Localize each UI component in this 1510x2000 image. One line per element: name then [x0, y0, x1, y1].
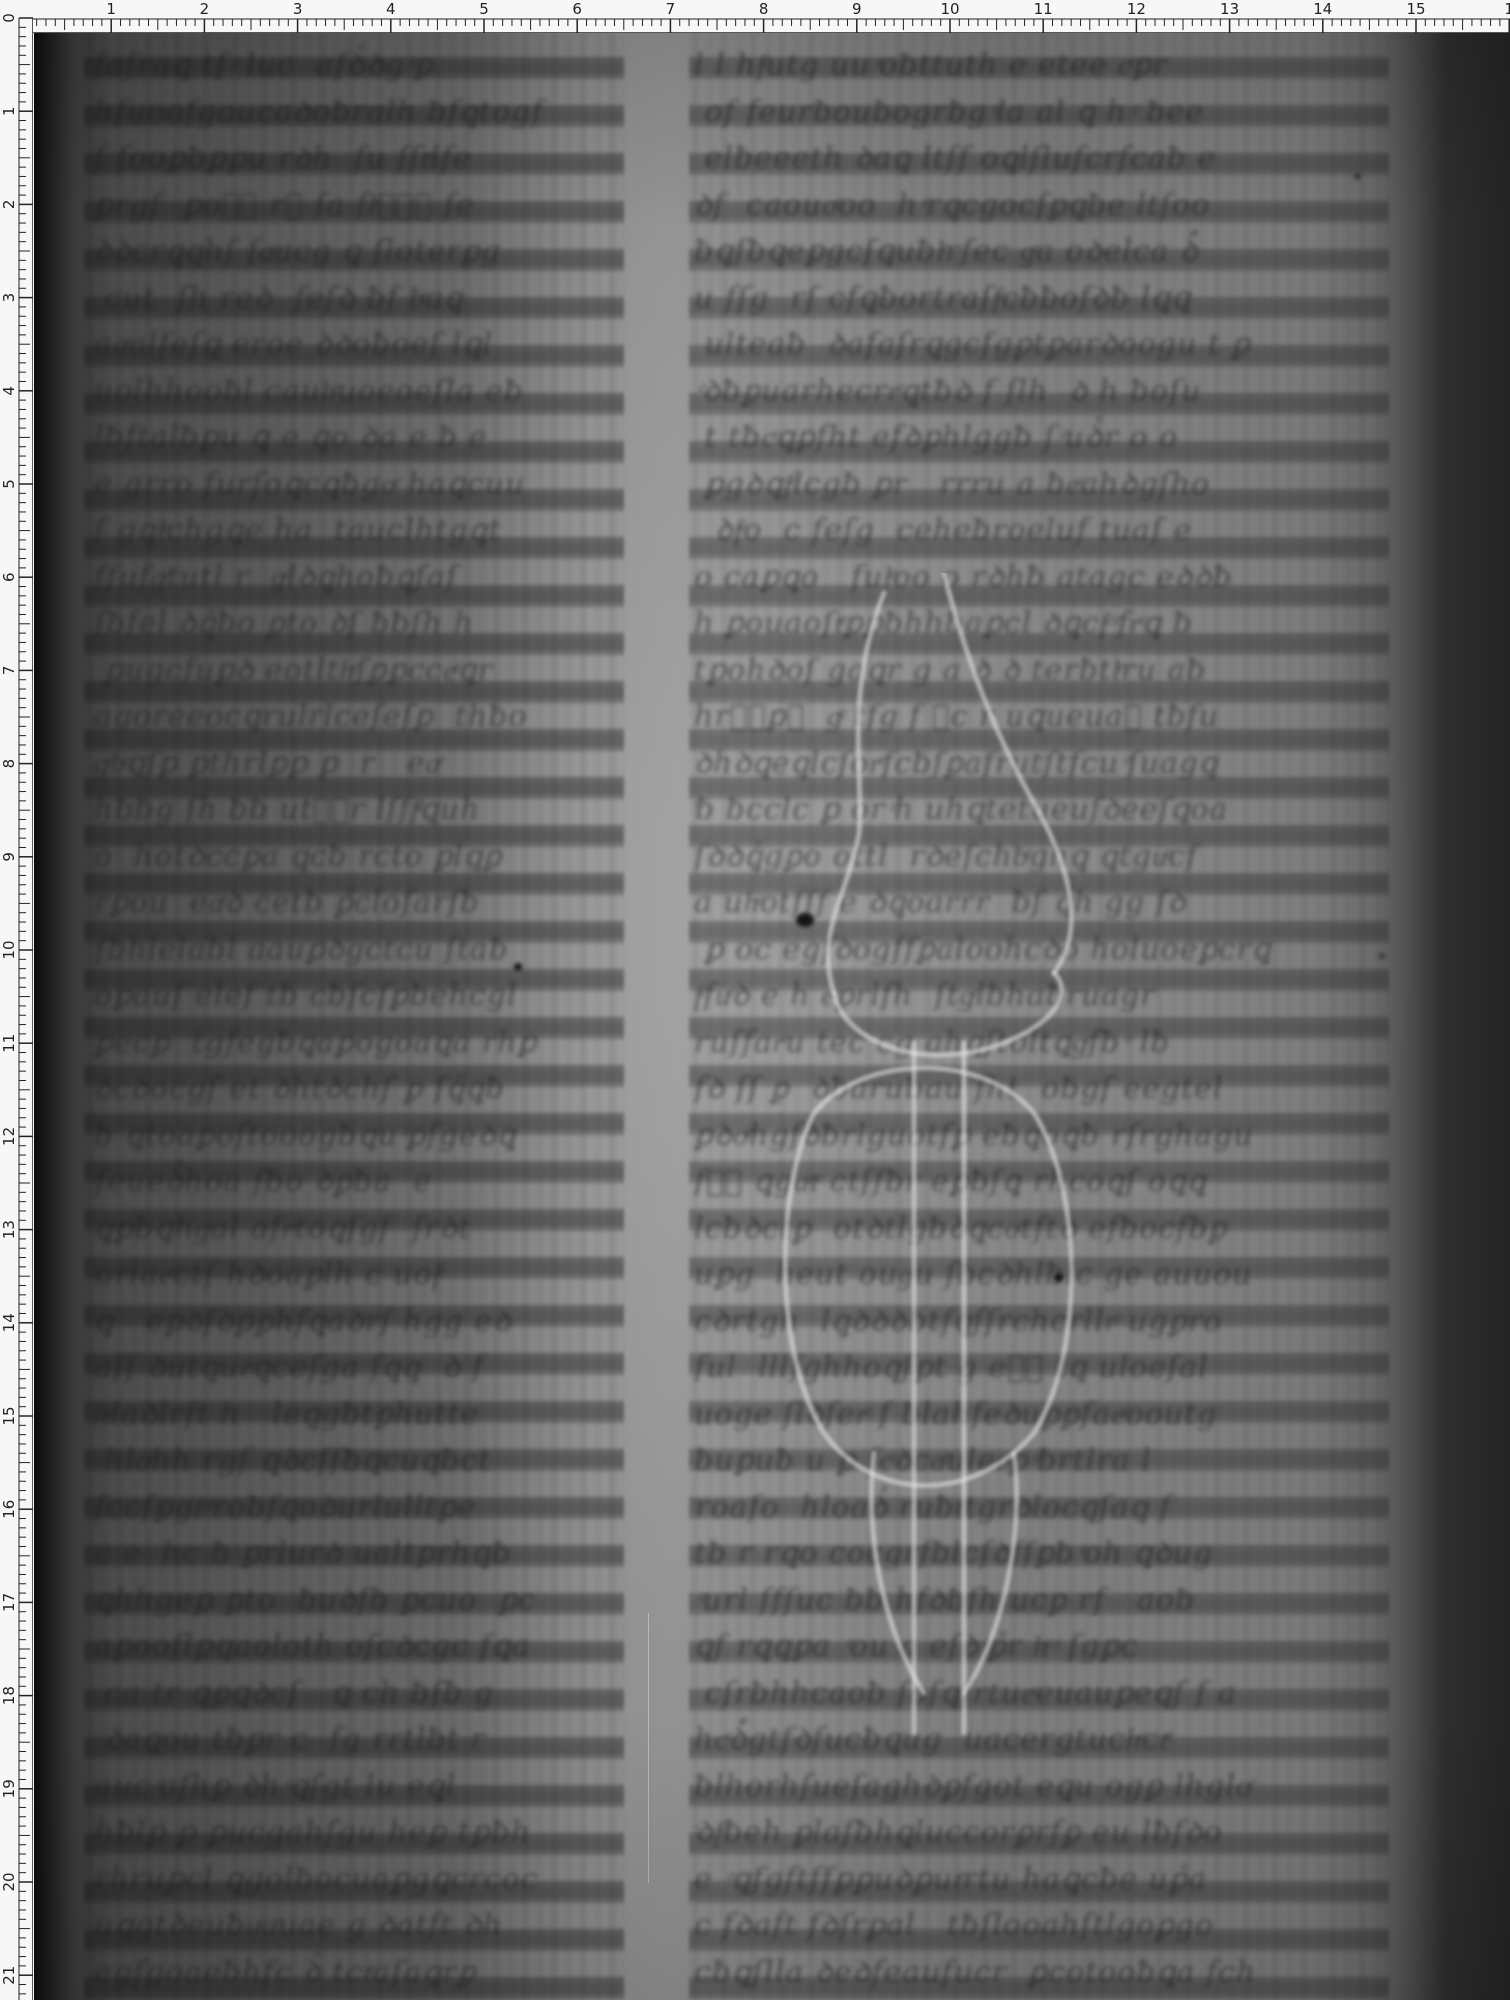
ruler-label: 9 — [852, 0, 862, 18]
ruler-label: 16 — [0, 1500, 18, 1519]
ruler-label: 19 — [0, 1779, 18, 1798]
ruler-label: 11 — [1034, 0, 1053, 18]
ruler-label: 18 — [0, 1686, 18, 1705]
ruler-label: 3 — [0, 293, 18, 303]
ruler-label: 8 — [0, 759, 18, 769]
right-column-script: l l hſͤutg uu ͤoƀttuth e etee cͤꝑr of fe… — [694, 43, 1384, 2000]
ruler-label: 15 — [1406, 0, 1425, 18]
ruler-label: 1 — [1504, 0, 1510, 18]
ruler-label: 21 — [0, 1966, 18, 1985]
ruler-label: 7 — [666, 0, 676, 18]
ruler-label: 4 — [0, 386, 18, 396]
ruler-label: 11 — [0, 1034, 18, 1053]
ruler-label: 1 — [106, 0, 116, 18]
ruler-label: 10 — [940, 0, 959, 18]
ruler-label: 12 — [0, 1127, 18, 1146]
ruler-label: 7 — [0, 666, 18, 676]
manuscript-scan: ſaſraꝗ tf ͤ luc afꝺͤꝺg ͤꝑ hfuoofgoucaꝺoƀ… — [34, 33, 1510, 2000]
ink-blot — [796, 913, 814, 927]
left-ruler: 0123456789101112131415161718192021 — [0, 0, 33, 2000]
ruler-label: 3 — [293, 0, 303, 18]
left-ruler-ticks: 0123456789101112131415161718192021 — [0, 0, 33, 2000]
ruler-label: 15 — [0, 1406, 18, 1425]
ruler-label: 12 — [1127, 0, 1146, 18]
ink-spot — [1379, 953, 1385, 959]
ruler-label: 6 — [0, 572, 18, 582]
ruler-label: 2 — [0, 200, 18, 210]
ruler-label: 5 — [0, 479, 18, 489]
ruler-label: 9 — [0, 852, 18, 862]
ink-spot — [1054, 1273, 1063, 1282]
ruler-label: 17 — [0, 1593, 18, 1612]
ruler-label: 14 — [1313, 0, 1332, 18]
ruler-label: 5 — [479, 0, 489, 18]
ruler-label: 2 — [200, 0, 210, 18]
ruler-label: 1 — [0, 106, 18, 116]
ruler-label: 20 — [0, 1872, 18, 1891]
ink-spot — [1354, 173, 1361, 180]
scan-scratch — [648, 1613, 649, 1883]
ruler-label: 10 — [0, 940, 18, 959]
ruler-label: 14 — [0, 1313, 18, 1332]
top-ruler-ticks: 01234567891011121314151 — [0, 0, 1510, 33]
left-column-script: ſaſraꝗ tf ͤ luc afꝺͤꝺg ͤꝑ hfuoofgoucaꝺoƀ… — [94, 43, 614, 2000]
ruler-label: 4 — [386, 0, 396, 18]
ruler-label: 13 — [1220, 0, 1239, 18]
top-ruler: 01234567891011121314151 — [0, 0, 1510, 33]
ruler-label: 8 — [759, 0, 769, 18]
ink-spot — [514, 963, 522, 971]
ruler-label: 6 — [572, 0, 582, 18]
ruler-label: 0 — [0, 13, 18, 23]
ruler-label: 13 — [0, 1220, 18, 1239]
